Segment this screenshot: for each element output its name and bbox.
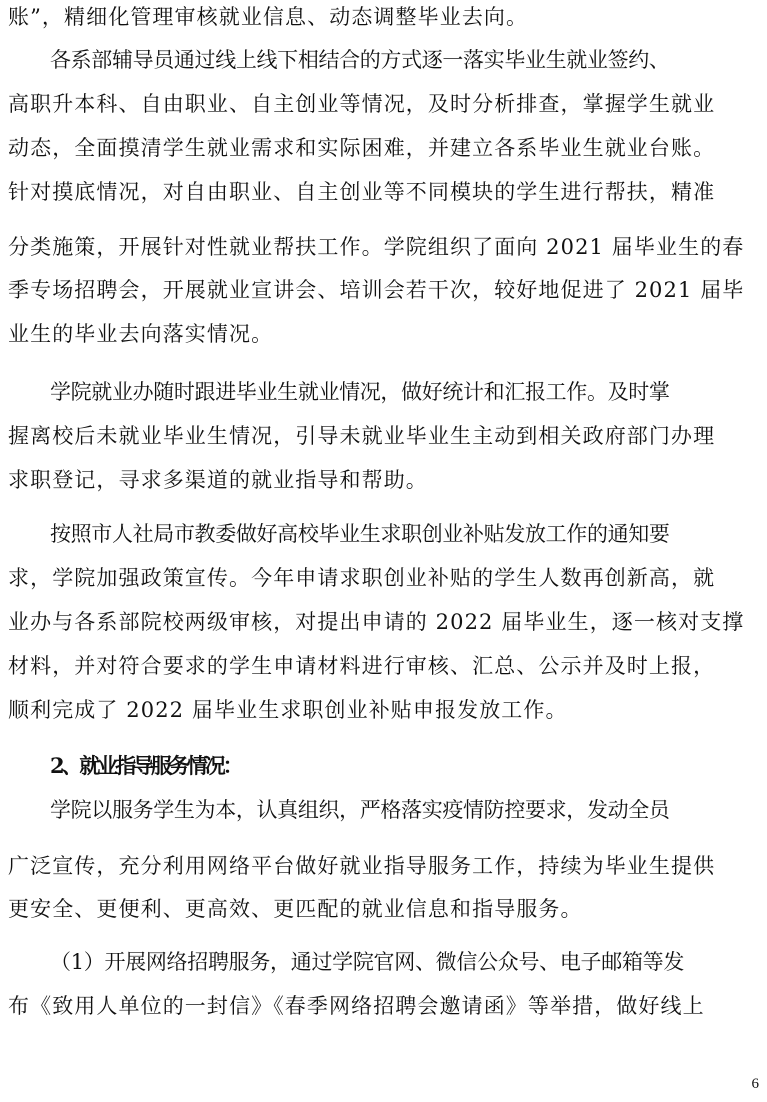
text-line: 学院就业办随时跟进毕业生就业情况，做好统计和汇报工作。及时掌 [50, 378, 767, 406]
text-line: 针对摸底情况，对自由职业、自主创业等不同模块的学生进行帮扶，精准 [8, 178, 760, 206]
page-number: 6 [752, 1076, 760, 1093]
text-line: 分类施策，开展针对性就业帮扶工作。学院组织了面向 2021 届毕业生的春 [8, 233, 760, 261]
text-line: 动态，全面摸清学生就业需求和实际困难，并建立各系毕业生就业台账。 [8, 134, 760, 162]
text-line: （1）开展网络招聘服务，通过学院官网、微信公众号、电子邮箱等发 [50, 948, 767, 976]
text-line: 业生的毕业去向落实情况。 [8, 320, 760, 348]
text-line: 各系部辅导员通过线上线下相结合的方式逐一落实毕业生就业签约、 [50, 46, 767, 74]
text-line: 高职升本科、自由职业、自主创业等情况，及时分析排查，掌握学生就业 [8, 90, 760, 118]
section-heading: 2、就业指导服务情况： [50, 752, 767, 780]
text-line: 求职登记，寻求多渠道的就业指导和帮助。 [8, 466, 760, 494]
text-line: 广泛宣传，充分利用网络平台做好就业指导服务工作，持续为毕业生提供 [8, 852, 760, 880]
text-line: 业办与各系部院校两级审核，对提出申请的 2022 届毕业生，逐一核对支撑 [8, 608, 760, 636]
text-line: 账”，精细化管理审核就业信息、动态调整毕业去向。 [8, 3, 760, 31]
text-line: 握离校后未就业毕业生情况，引导未就业毕业生主动到相关政府部门办理 [8, 422, 760, 450]
text-line: 按照市人社局市教委做好高校毕业生求职创业补贴发放工作的通知要 [50, 520, 767, 548]
document-page: 账”，精细化管理审核就业信息、动态调整毕业去向。各系部辅导员通过线上线下相结合的… [0, 0, 767, 1102]
text-line: 学院以服务学生为本，认真组织，严格落实疫情防控要求，发动全员 [50, 796, 767, 824]
text-line: 求，学院加强政策宣传。今年申请求职创业补贴的学生人数再创新高，就 [8, 564, 760, 592]
text-line: 材料，并对符合要求的学生申请材料进行审核、汇总、公示并及时上报， [8, 652, 760, 680]
text-line: 顺利完成了 2022 届毕业生求职创业补贴申报发放工作。 [8, 696, 760, 724]
text-line: 季专场招聘会，开展就业宣讲会、培训会若干次，较好地促进了 2021 届毕 [8, 276, 760, 304]
text-line: 更安全、更便利、更高效、更匹配的就业信息和指导服务。 [8, 895, 760, 923]
text-line: 布《致用人单位的一封信》《春季网络招聘会邀请函》等举措，做好线上 [8, 992, 760, 1020]
